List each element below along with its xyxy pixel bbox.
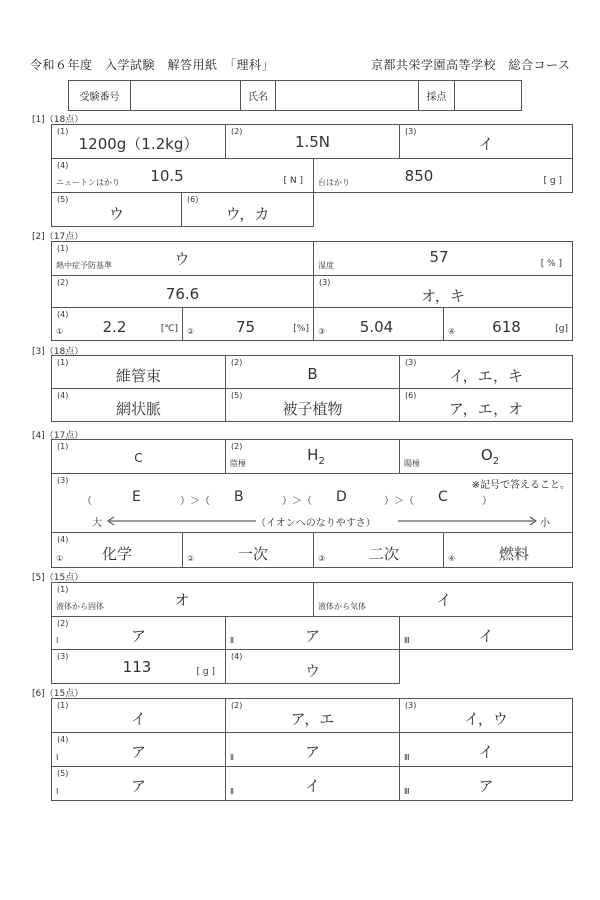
question-number: (4) xyxy=(57,161,68,170)
question-number: (1) xyxy=(57,244,68,253)
s3-q5-cell: (5) 被子植物 xyxy=(226,389,400,422)
section-2-table: (1) 熱中症予防基準 ウ 湿度 57 [ % ] (2) 76.6 (3) オ… xyxy=(51,241,573,341)
answer: 燃料 xyxy=(464,543,564,564)
s4-q3-cell: (3) ※記号で答えること。 （ E ）＞（ B ）＞（ D ）＞（ C ） 大… xyxy=(52,474,573,533)
section-1-table: (1) 1200g（1.2kg） (2) 1.5N (3) イ (4) ニュート… xyxy=(51,124,573,193)
s1-q1-cell: (1) 1200g（1.2kg） xyxy=(52,125,226,159)
answer: イ xyxy=(226,775,399,796)
answer: 618 xyxy=(464,318,549,336)
s1-q2-cell: (2) 1.5N xyxy=(226,125,400,159)
section-5-table-row3: (3) 113 [ g ] (4) ウ xyxy=(51,649,400,684)
answer: 5.04 xyxy=(334,318,419,336)
unit-label: [℃] xyxy=(161,324,178,334)
item-mark: ② xyxy=(187,327,194,336)
score-field[interactable] xyxy=(455,81,522,111)
s1-q4a-cell: (4) ニュートンはかり 10.5 [ N ] xyxy=(52,159,314,193)
answer: ア xyxy=(52,625,225,646)
answer: C xyxy=(52,451,225,465)
question-number: (2) xyxy=(231,442,242,451)
answer: イ xyxy=(384,589,504,610)
s5-q3-cell: (3) 113 [ g ] xyxy=(52,650,226,684)
item-mark: ③ xyxy=(318,554,325,563)
header-info-table: 受験番号 氏名 採点 xyxy=(68,80,522,111)
arrow-left-icon xyxy=(106,516,256,526)
order-2: B xyxy=(234,489,244,505)
answer: 網状脈 xyxy=(52,398,225,419)
order-3: D xyxy=(336,489,347,505)
ionization-scale: 大 （イオンへのなりやすさ） 小 xyxy=(92,514,552,528)
item-mark: ④ xyxy=(448,554,455,563)
paren-open: （ xyxy=(82,492,92,507)
answer: イ，エ，キ xyxy=(400,365,572,386)
s6-q4-1-cell: (4) Ⅰ ア xyxy=(52,733,226,767)
s6-q3-cell: (3) イ，ウ xyxy=(400,699,573,733)
item-mark: ① xyxy=(56,327,63,336)
sub-label: 台はかり xyxy=(318,177,350,188)
s2-q1a-cell: (1) 熱中症予防基準 ウ xyxy=(52,242,314,276)
s6-q2-cell: (2) ア，エ xyxy=(226,699,400,733)
s6-q5-2-cell: Ⅱ イ xyxy=(226,767,400,801)
s2-q4-1-cell: (4) ① 2.2 [℃] xyxy=(52,308,183,341)
answer: オ xyxy=(122,589,242,610)
sub-label: 湿度 xyxy=(318,260,334,271)
answer: ア，エ xyxy=(226,708,399,729)
school-name: 京都共栄学園高等学校 総合コース xyxy=(371,56,570,73)
answer: イ xyxy=(400,741,572,762)
item-mark: ① xyxy=(56,554,63,563)
name-label: 氏名 xyxy=(241,81,275,110)
answer: B xyxy=(226,365,399,383)
answer: ア xyxy=(400,775,572,796)
s6-q1-cell: (1) イ xyxy=(52,699,226,733)
s4-q4-3-cell: ③ 二次 xyxy=(314,533,444,568)
s6-q5-1-cell: (5) Ⅰ ア xyxy=(52,767,226,801)
question-number: (4) xyxy=(57,310,68,319)
order-4: C xyxy=(438,489,448,505)
scale-caption: （イオンへのなりやすさ） xyxy=(256,514,376,529)
sub-label: 熱中症予防基準 xyxy=(56,260,112,271)
s5-q2-3-cell: Ⅲ イ xyxy=(400,617,573,650)
answer: 被子植物 xyxy=(226,398,399,419)
s2-q1b-cell: 湿度 57 [ % ] xyxy=(314,242,573,276)
answer: 二次 xyxy=(334,543,434,564)
question-number: (1) xyxy=(57,442,68,451)
answer: ア xyxy=(52,741,225,762)
sub-label: 液体から気体 xyxy=(318,601,366,612)
answer: O2 xyxy=(450,446,530,467)
formula-symbol: O xyxy=(481,446,493,464)
s2-q2-cell: (2) 76.6 xyxy=(52,276,314,308)
unit-label: [%] xyxy=(293,324,309,334)
answer: ア xyxy=(226,625,399,646)
answer: ウ xyxy=(122,248,242,269)
s4-q4-4-cell: ④ 燃料 xyxy=(444,533,573,568)
section-3-table: (1) 維管束 (2) B (3) イ，エ，キ (4) 網状脈 (5) 被子植物… xyxy=(51,355,573,422)
unit-label: [ g ] xyxy=(197,667,215,677)
answer: 57 xyxy=(374,248,504,266)
answer: 1200g（1.2kg） xyxy=(52,133,225,154)
answer: 113 xyxy=(92,658,182,676)
answer: イ xyxy=(52,708,225,729)
answer: ア xyxy=(52,775,225,796)
exam-number-label: 受験番号 xyxy=(69,81,130,110)
sub-label: 陽極 xyxy=(404,458,420,469)
s3-q1-cell: (1) 維管束 xyxy=(52,356,226,389)
answer: ウ xyxy=(52,203,181,224)
s3-q3-cell: (3) イ，エ，キ xyxy=(400,356,573,389)
question-number: (3) xyxy=(57,652,68,661)
s2-q3-cell: (3) オ，キ xyxy=(314,276,573,308)
answer: 2.2 xyxy=(72,318,157,336)
section-5-table: (1) 液体から固体 オ 液体から気体 イ (2) Ⅰ ア Ⅱ ア Ⅲ イ xyxy=(51,582,573,650)
s6-q4-2-cell: Ⅱ ア xyxy=(226,733,400,767)
section-1-table-row3: (5) ウ (6) ウ，カ xyxy=(51,192,314,227)
formula-symbol: H xyxy=(307,446,318,464)
order-separator: ）＞（ xyxy=(282,492,312,507)
order-separator: ）＞（ xyxy=(384,492,414,507)
s4-q2b-cell: 陽極 O2 xyxy=(400,440,573,474)
s1-q5-cell: (5) ウ xyxy=(52,193,182,227)
unit-label: [g] xyxy=(555,324,568,334)
answer: H2 xyxy=(276,446,356,467)
question-number: (3) xyxy=(57,476,68,485)
name-label-cell: 氏名 xyxy=(241,81,276,111)
section-4-table: (1) C (2) 陰極 H2 陽極 O2 (3) ※記号で答えること。 （ E… xyxy=(51,439,573,568)
sub-label: 陰極 xyxy=(230,458,246,469)
s3-q4-cell: (4) 網状脈 xyxy=(52,389,226,422)
s5-q1a-cell: (1) 液体から固体 オ xyxy=(52,583,314,617)
unit-label: [ g ] xyxy=(544,176,562,186)
score-label-cell: 採点 xyxy=(419,81,455,111)
sub-label: 液体から固体 xyxy=(56,601,104,612)
scale-large-label: 大 xyxy=(92,514,102,529)
s4-q2a-cell: (2) 陰極 H2 xyxy=(226,440,400,474)
item-mark: ④ xyxy=(448,327,455,336)
s3-q2-cell: (2) B xyxy=(226,356,400,389)
order-1: E xyxy=(132,489,141,505)
s2-q4-3-cell: ③ 5.04 xyxy=(314,308,444,341)
order-separator: ）＞（ xyxy=(180,492,210,507)
answer: 1.5N xyxy=(226,133,399,151)
unit-label: [ % ] xyxy=(541,259,562,269)
s5-q4-cell: (4) ウ xyxy=(226,650,400,684)
answer: イ xyxy=(400,625,572,646)
s4-q4-2-cell: ② 一次 xyxy=(183,533,314,568)
answer: 化学 xyxy=(72,543,162,564)
section-6-table: (1) イ (2) ア，エ (3) イ，ウ (4) Ⅰ ア Ⅱ ア Ⅲ イ (5… xyxy=(51,698,573,801)
s5-q2-1-cell: (2) Ⅰ ア xyxy=(52,617,226,650)
answer: 維管束 xyxy=(52,365,225,386)
s5-q2-2-cell: Ⅱ ア xyxy=(226,617,400,650)
answer: ア xyxy=(226,741,399,762)
s2-q4-4-cell: ④ 618 [g] xyxy=(444,308,573,341)
formula-subscript: 2 xyxy=(318,456,324,467)
answer: オ，キ xyxy=(314,285,572,306)
answer: ア，エ，オ xyxy=(400,398,572,419)
unit-label: [ N ] xyxy=(284,176,303,186)
answer: 10.5 xyxy=(92,167,242,185)
answer: イ，ウ xyxy=(400,708,572,729)
s6-q4-3-cell: Ⅲ イ xyxy=(400,733,573,767)
paren-close: ） xyxy=(482,492,492,507)
name-field[interactable] xyxy=(276,81,419,111)
s4-q1-cell: (1) C xyxy=(52,440,226,474)
s5-q1b-cell: 液体から気体 イ xyxy=(314,583,573,617)
s6-q5-3-cell: Ⅲ ア xyxy=(400,767,573,801)
exam-number-field[interactable] xyxy=(131,81,241,111)
score-label: 採点 xyxy=(419,81,454,110)
exam-title: 令和６年度 入学試験 解答用紙 「理科」 xyxy=(30,56,274,73)
item-mark: ② xyxy=(187,554,194,563)
answer: イ xyxy=(400,133,572,154)
answer: 一次 xyxy=(203,543,303,564)
exam-number-label-cell: 受験番号 xyxy=(69,81,131,111)
s1-q4b-cell: 台はかり 850 [ g ] xyxy=(314,159,573,193)
s1-q3-cell: (3) イ xyxy=(400,125,573,159)
formula-subscript: 2 xyxy=(493,456,499,467)
question-number: (4) xyxy=(57,535,68,544)
s2-q4-2-cell: ② 75 [%] xyxy=(183,308,314,341)
s4-q4-1-cell: (4) ① 化学 xyxy=(52,533,183,568)
s3-q6-cell: (6) ア，エ，オ xyxy=(400,389,573,422)
answer: 75 xyxy=(203,318,288,336)
answer: ウ xyxy=(226,660,399,681)
scale-small-label: 小 xyxy=(540,514,550,529)
s1-q6-cell: (6) ウ，カ xyxy=(182,193,314,227)
answer: 850 xyxy=(354,167,484,185)
ionization-order: （ E ）＞（ B ）＞（ D ）＞（ C ） xyxy=(82,489,552,509)
item-mark: ③ xyxy=(318,327,325,336)
arrow-right-icon xyxy=(398,516,538,526)
answer: ウ，カ xyxy=(182,203,313,224)
question-number: (1) xyxy=(57,585,68,594)
answer: 76.6 xyxy=(52,285,313,303)
